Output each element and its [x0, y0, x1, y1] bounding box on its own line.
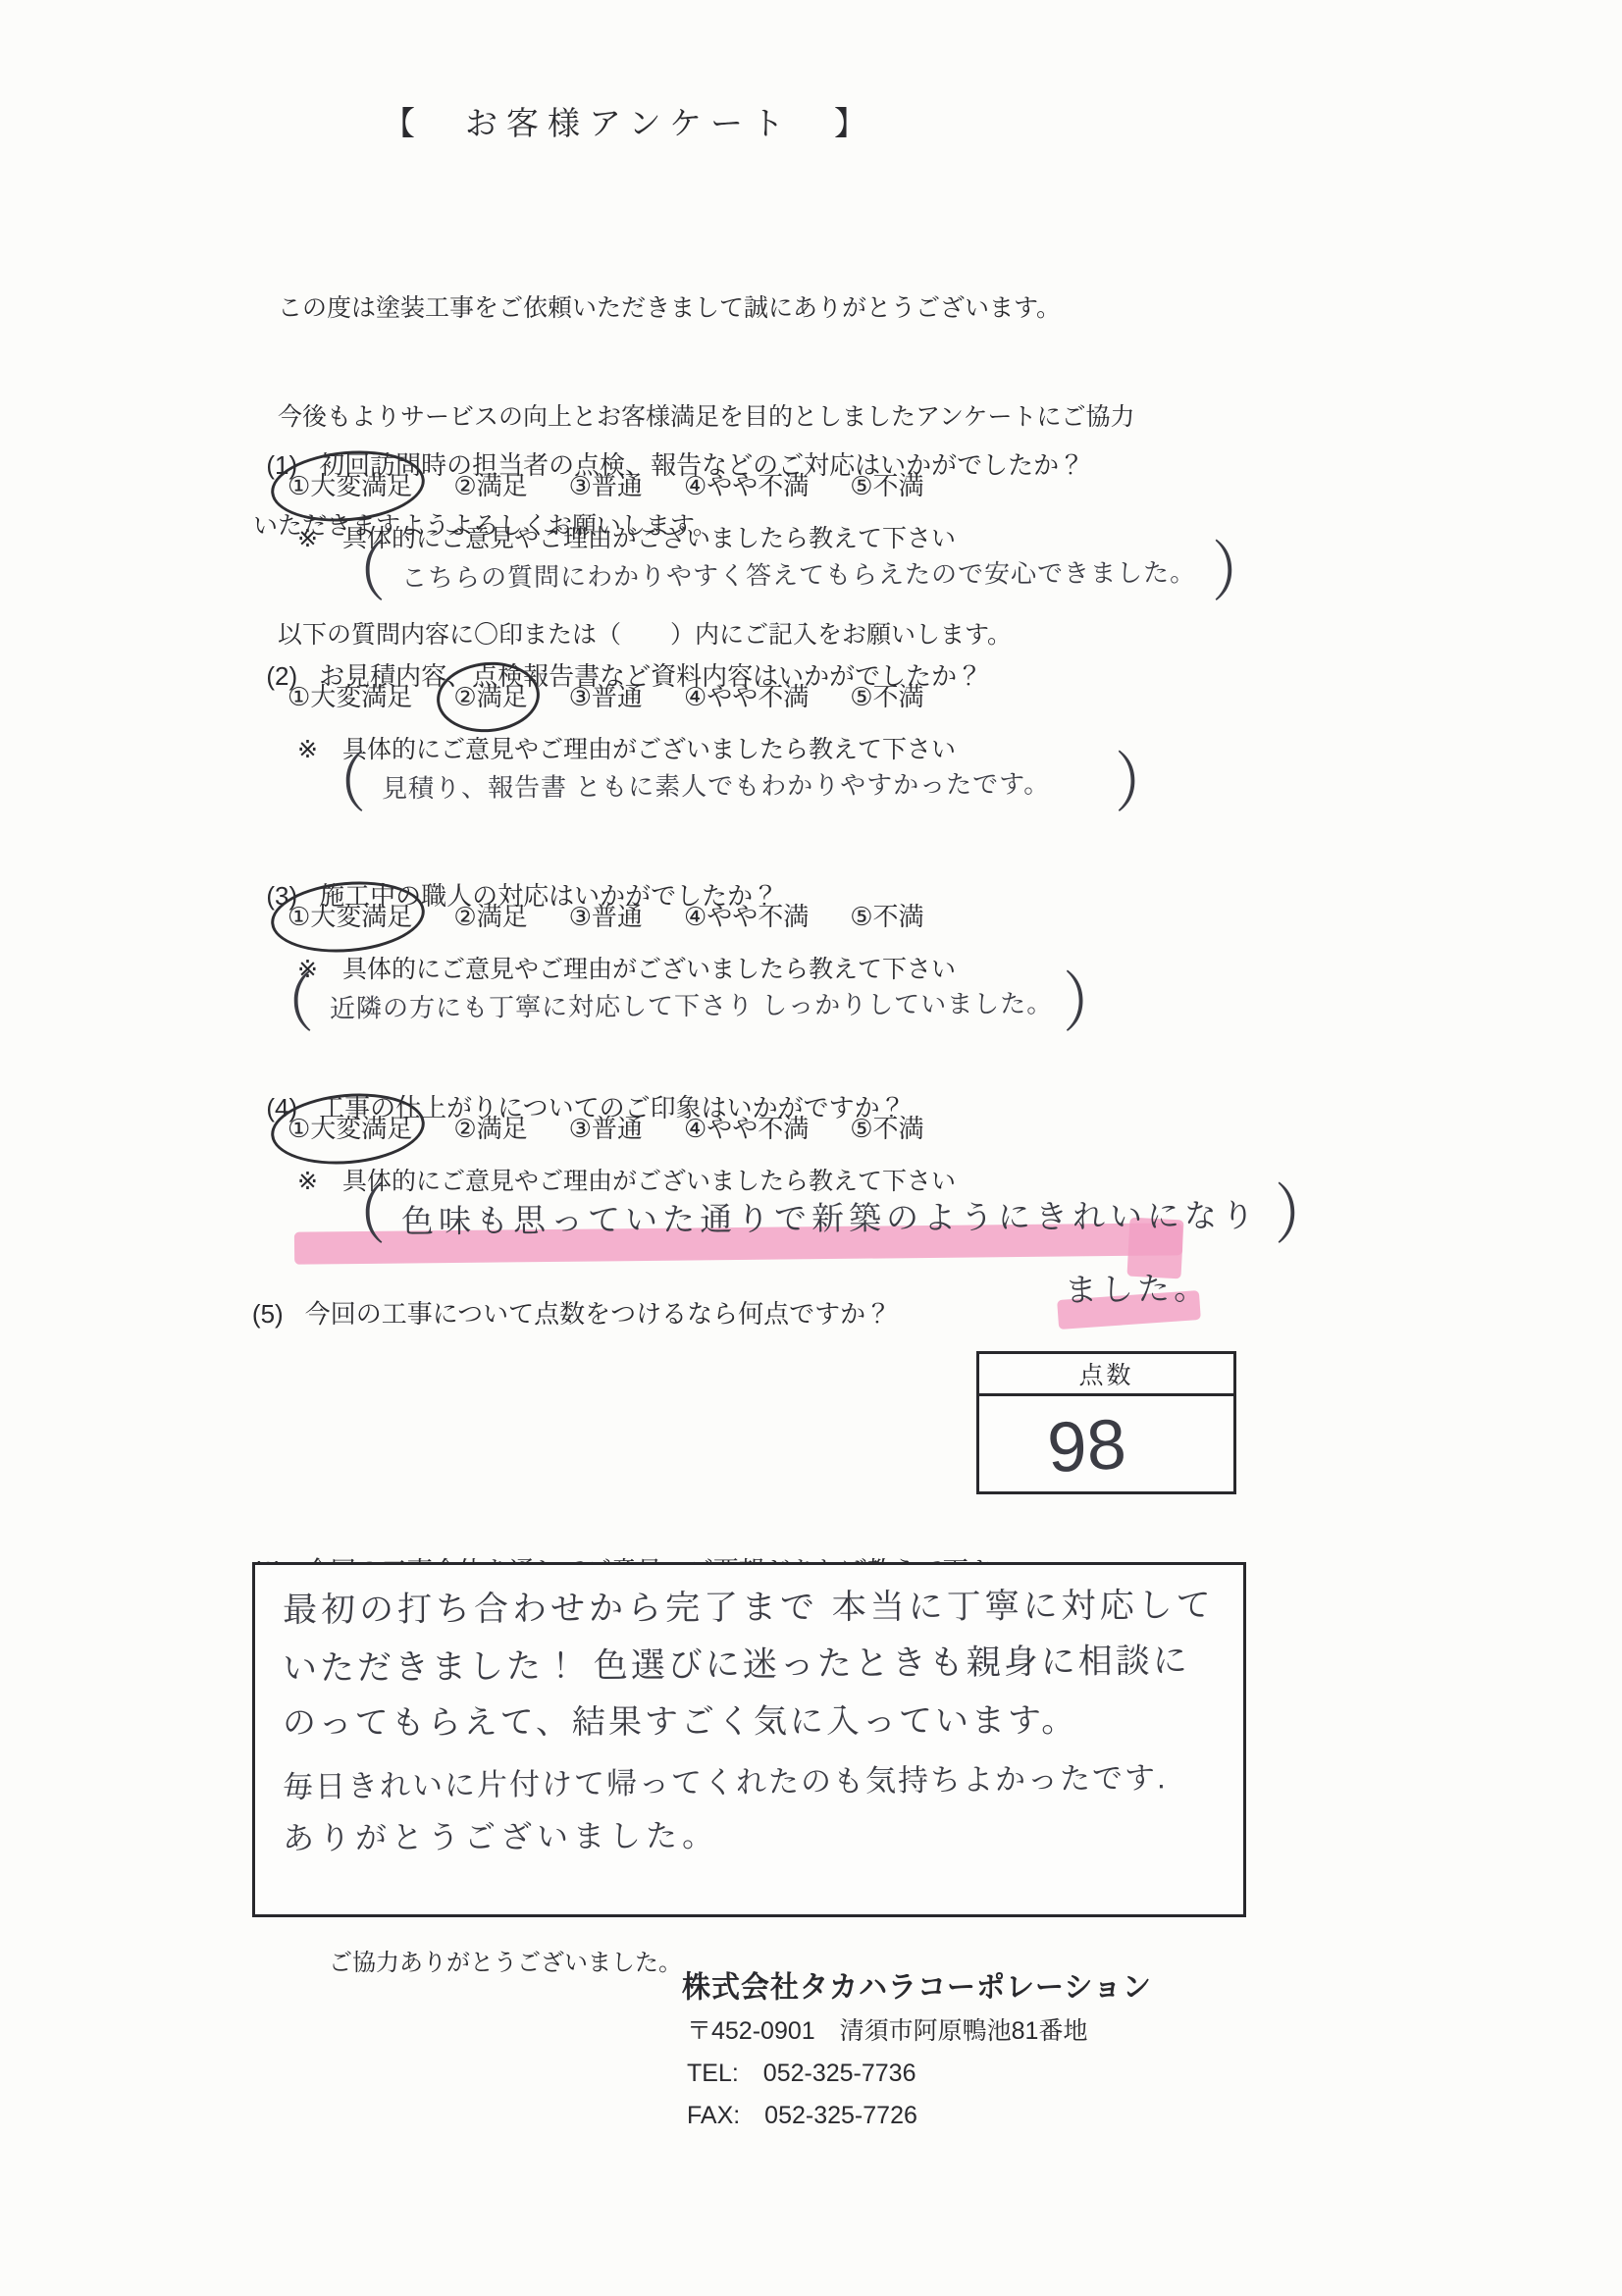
handwritten-close-paren: ） [1063, 971, 1120, 1037]
rating-option: ①大変満足 [288, 897, 412, 933]
handwritten-close-paren: ） [1212, 541, 1269, 606]
score-box-label: 点数 [979, 1354, 1233, 1396]
rating-option: ④やや不満 [684, 466, 809, 502]
question-number: (5) [252, 1299, 284, 1330]
question-block-2: (2)お見積内容、点検報告書など資料内容はいかがでしたか？ ①大変満足 ②満足 … [0, 626, 1622, 842]
handwritten-open-paren: （ [329, 1183, 386, 1249]
rating-option: ③普通 [569, 897, 643, 933]
rating-option: ①大変満足 [288, 677, 412, 713]
handwritten-answer-continued: ました。 [1065, 1263, 1211, 1312]
rating-option: ⑤不満 [850, 466, 923, 502]
rating-option: ②満足 [453, 897, 527, 933]
rating-options: ①大変満足 ②満足 ③普通 ④やや不満 ⑤不満 [288, 1109, 924, 1145]
survey-scan-page: 【 お客様アンケート 】 この度は塗装工事をご依頼いただきまして誠にありがとうご… [0, 0, 1622, 2296]
question-block-3: (3)施工中の職人の対応はいかがでしたか？ ①大変満足 ②満足 ③普通 ④やや不… [0, 846, 1622, 1062]
comment-line: のってもらえて、結果すごく気に入っています。 [283, 1694, 1077, 1745]
rating-option: ④やや不満 [684, 677, 809, 713]
handwritten-open-paren: （ [329, 541, 386, 606]
handwritten-answer: （ こちらの質問にわかりやすく答えてもらえたので安心できました。 ） [329, 545, 1269, 601]
rating-option: ②満足 [453, 677, 527, 713]
closing-message: ご協力ありがとうございました。 [329, 1943, 682, 1977]
handwritten-open-paren: （ [257, 971, 314, 1037]
rating-option: ③普通 [569, 466, 643, 502]
page-title: 【 お客様アンケート 】 [383, 98, 875, 144]
handwritten-answer: （ 見積り、報告書 ともに素人でもわかりやすかったです。 ） [309, 756, 1172, 812]
question-block-5: (5)今回の工事について点数をつけるなら何点ですか？ [224, 1264, 891, 1361]
comment-box: 最初の打ち合わせから完了まで 本当に丁寧に対応して いただきました！ 色選びに迷… [252, 1562, 1246, 1917]
handwritten-close-paren: ） [1115, 752, 1172, 817]
comment-line: いただきました！ 色選びに迷ったときも親身に相談に [283, 1634, 1190, 1691]
rating-options: ①大変満足 ②満足 ③普通 ④やや不満 ⑤不満 [288, 897, 924, 933]
rating-options: ①大変満足 ②満足 ③普通 ④やや不満 ⑤不満 [288, 466, 924, 502]
handwritten-open-paren: （ [309, 752, 366, 817]
score-box: 点数 98 [976, 1351, 1236, 1494]
rating-option: ③普通 [569, 1109, 643, 1145]
comment-line: 毎日きれいに片付けて帰ってくれたのも気持ちよかったです. [283, 1752, 1168, 1805]
score-value: 98 [977, 1389, 1236, 1500]
handwritten-close-paren: ） [1275, 1183, 1332, 1249]
rating-options: ①大変満足 ②満足 ③普通 ④やや不満 ⑤不満 [288, 677, 924, 713]
question-block-4: (4)工事の仕上がりについてのご印象はいかがですか？ ①大変満足 ②満足 ③普通… [0, 1058, 1622, 1274]
company-address: 〒452-0901 清須市阿原鴨池81番地 [687, 2011, 1087, 2047]
rating-option: ②満足 [453, 466, 527, 502]
company-logo-text: 株式会社タカハラコーポレーション [682, 1964, 1152, 2007]
rating-option: ①大変満足 [288, 466, 412, 502]
rating-option: ②満足 [453, 1109, 527, 1145]
rating-option: ⑤不満 [850, 897, 923, 933]
rating-option: ①大変満足 [288, 1109, 412, 1145]
rating-option: ④やや不満 [684, 1109, 809, 1145]
rating-option: ④やや不満 [684, 897, 809, 933]
company-fax: FAX: 052-325-7726 [687, 2096, 917, 2131]
handwritten-answer: （ 近隣の方にも丁寧に対応して下さり しっかりしていました。 ） [257, 975, 1120, 1032]
comment-line: ありがとうございました。 [283, 1810, 718, 1858]
company-tel: TEL: 052-325-7736 [687, 2054, 916, 2089]
comment-line: 最初の打ち合わせから完了まで 本当に丁寧に対応して [283, 1579, 1215, 1633]
rating-option: ⑤不満 [850, 677, 923, 713]
rating-option: ⑤不満 [850, 1109, 923, 1145]
intro-line: この度は塗装工事をご依頼いただきまして誠にありがとうございます。 [253, 290, 1135, 327]
question-block-1: (1)初回訪問時の担当者の点検、報告などのご対応はいかがでしたか？ ①大変満足 … [0, 415, 1622, 631]
question-text: 今回の工事について点数をつけるなら何点ですか？ [305, 1299, 891, 1329]
handwritten-answer: （ 色味も思っていた通りで新築のようにきれいになり ） [329, 1187, 1332, 1244]
rating-option: ③普通 [569, 677, 643, 713]
